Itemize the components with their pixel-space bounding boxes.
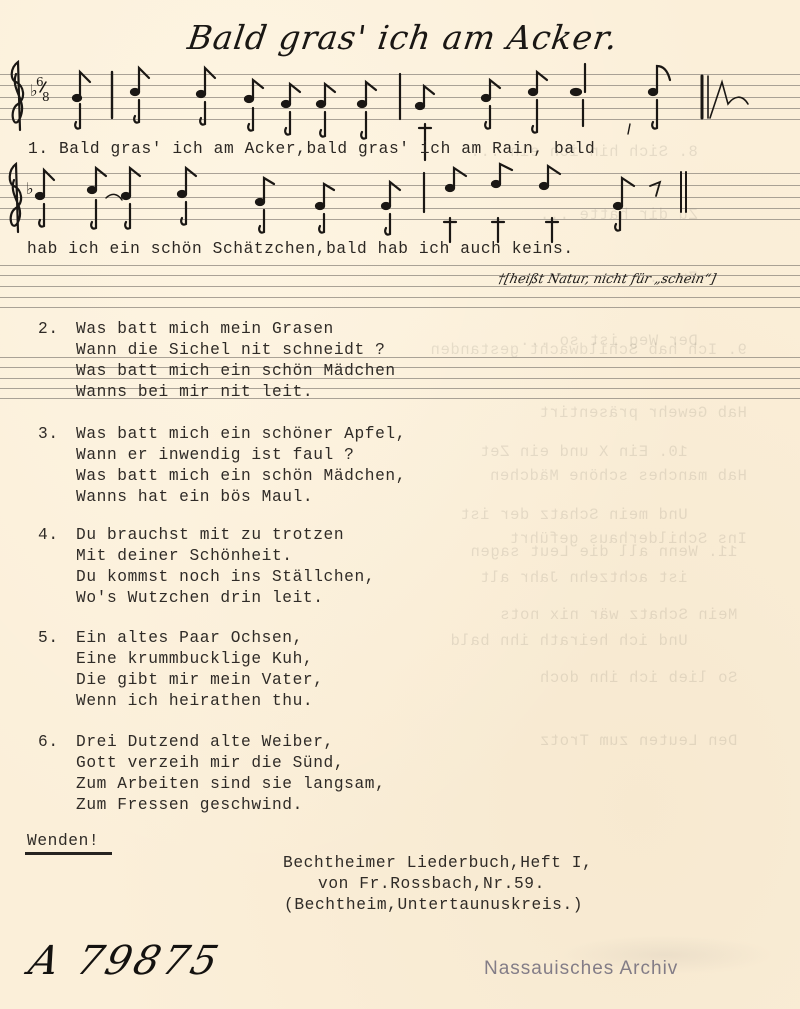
bleed-line: 11. Wenn all die Leut sagen [470,542,737,563]
song-title-handwritten: Bald gras' ich am Acker. [185,18,620,57]
bleed-through-verse-11: 11. Wenn all die Leut sagen Mein Schatz … [470,500,737,773]
verse-line: Gott verzeih mir die Sünd, [76,754,344,772]
verse-line: Wanns hat ein bös Maul. [76,488,313,506]
lyrics-line-1: 1. Bald gras' ich am Acker,bald gras' ic… [28,140,595,158]
source-line-1: Bechtheimer Liederbuch,Heft I, [283,854,592,872]
lyrics-line-2: hab ich ein schön Schätzchen,bald hab ic… [27,240,574,258]
archive-stamp: Nassauisches Archiv [484,958,678,980]
verse-line: Eine krummbucklige Kuh, [76,650,313,668]
verse-number: 3. [38,424,76,445]
verse-line: Mit deiner Schönheit. [76,547,293,565]
verse-number: 6. [38,732,76,753]
verse-4: 4.Du brauchst mit zu trotzen Mit deiner … [38,525,375,609]
archive-number-handwritten: A 79875 [24,938,225,984]
verse-line: Wanns bei mir nit leit. [76,383,313,401]
verse-5: 5.Ein altes Paar Ochsen, Eine krummbuckl… [38,628,324,712]
turn-over-note: Wenden! [27,832,99,850]
source-line-3: (Bechtheim,Untertaunuskreis.) [284,896,583,914]
svg-text:8: 8 [42,90,50,104]
treble-clef-icon [12,62,23,130]
verse-number: 5. [38,628,76,649]
verse-line: Die gibt mir mein Vater, [76,671,324,689]
verse-line: Wann er inwendig ist faul ? [76,446,354,464]
verse-line: Wann die Sichel nit schneidt ? [76,341,385,359]
verse-2: 2.Was batt mich mein Grasen Wann die Sic… [38,319,396,403]
turn-over-underline [25,852,112,855]
verse-line: Ein altes Paar Ochsen, [76,629,303,647]
verse-number: 4. [38,525,76,546]
verse-line: Was batt mich ein schöner Apfel, [76,425,406,443]
verse-line: Was batt mich mein Grasen [76,320,334,338]
verse-line: Zum Fressen geschwind. [76,796,303,814]
verse-line: Wenn ich heirathen thu. [76,692,313,710]
bleed-line: Mein Schatz wär nix nots [470,605,737,626]
verse-line: Was batt mich ein schön Mädchen [76,362,396,380]
verse-number: 2. [38,319,76,340]
verse-line: Du brauchst mit zu trotzen [76,526,344,544]
verse-3: 3.Was batt mich ein schöner Apfel, Wann … [38,424,406,508]
verse-line: Was batt mich ein schön Mädchen, [76,467,406,485]
bleed-line: 10. Ein X und ein Zet [450,442,688,463]
staff-2-notes: ♭ [10,164,686,242]
source-line-2: von Fr.Rossbach,Nr.59. [318,875,545,893]
verse-line: Wo's Wutzchen drin leit. [76,589,324,607]
handwritten-annotation: †[heißt Natur, nicht für „schein“] [496,272,717,287]
bleed-line: So lieb ich ihn doch [470,668,737,689]
verse-line: Du kommst noch ins Ställchen, [76,568,375,586]
verse-line: Zum Arbeiten sind sie langsam, [76,775,385,793]
bleed-line: Den Leuten zum Trotz [470,731,737,752]
verse-line: Drei Dutzend alte Weiber, [76,733,334,751]
svg-text:♭: ♭ [26,179,34,198]
verse-6: 6.Drei Dutzend alte Weiber, Gott verzeih… [38,732,385,816]
